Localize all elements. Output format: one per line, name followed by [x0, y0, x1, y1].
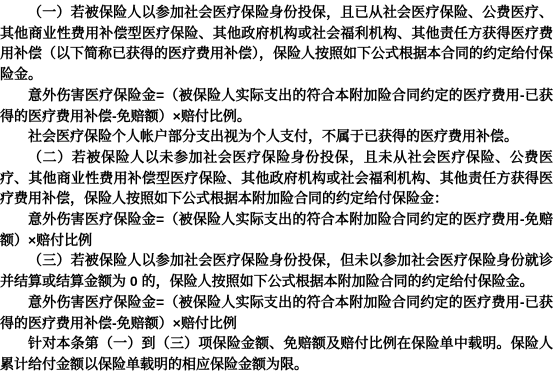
note-paragraph: 社会医疗保险个人帐户部分支出视为个人支付，不属于已获得的医疗费用补偿。 — [0, 126, 553, 147]
clause-paragraph-2: （二）若被保险人以未参加社会医疗保险身份投保，且未从社会医疗保险、公费医疗、其他… — [0, 147, 553, 209]
formula-paragraph-2: 意外伤害医疗保险金=（被保险人实际支出的符合本附加险合同约定的医疗费用-免赔额）… — [0, 209, 553, 250]
closing-paragraph: 针对本条第（一）到（三）项保险金额、免赔额及赔付比例在保险单中载明。保险人累计给… — [0, 333, 553, 373]
clause-paragraph-3: （三）若被保险人以参加社会医疗保险身份投保，但未以参加社会医疗保险身份就诊并结算… — [0, 250, 553, 291]
document-page: （一）若被保险人以参加社会医疗保险身份投保，且已从社会医疗保险、公费医疗、其他商… — [0, 0, 553, 373]
formula-paragraph-1: 意外伤害医疗保险金=（被保险人实际支出的符合本附加险合同约定的医疗费用-已获得的… — [0, 85, 553, 126]
formula-paragraph-3: 意外伤害医疗保险金=（被保险人实际支出的符合本附加险合同约定的医疗费用-已获得的… — [0, 292, 553, 333]
clause-paragraph-1: （一）若被保险人以参加社会医疗保险身份投保，且已从社会医疗保险、公费医疗、其他商… — [0, 2, 553, 85]
